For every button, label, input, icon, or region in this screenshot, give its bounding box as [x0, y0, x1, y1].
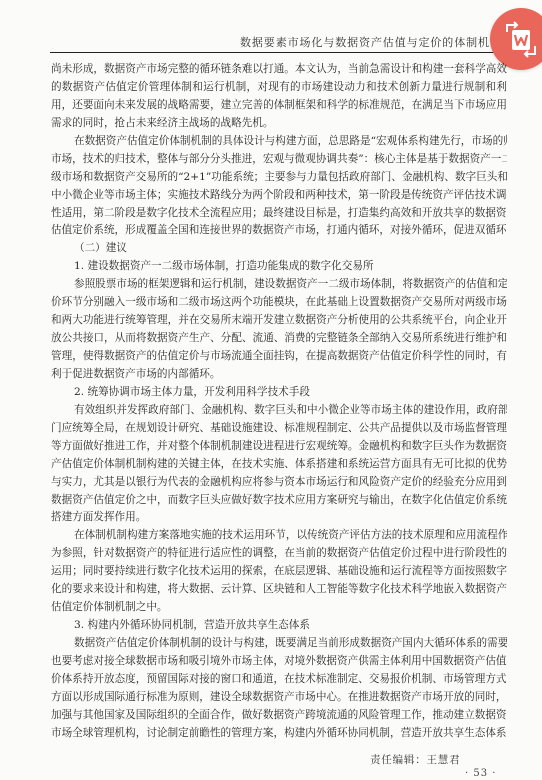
responsible-editor: 责任编辑：王慧君 — [370, 752, 460, 767]
paragraph-line: 用，还要面向未来发展的战略需要，建立完善的体制框架和科学的标准规范，在满足当下市… — [51, 97, 507, 115]
paragraph-line: 利于促进数据资产市场的内部循环。 — [51, 366, 507, 384]
paragraph-line: 为参照，针对数据资产的特征进行适应性的调整，在当前的数据资产估值定价过程中进行阶… — [51, 545, 507, 563]
paragraph-line: 参照股票市场的框架逻辑和运行机制，建设数据资产一二级市场体制，将数据资产的估值和… — [51, 276, 507, 294]
paragraph-line: 级市场和数据资产交易所的“2+1”功能系统；主要参与力量包括政府部门、金融机构、… — [51, 169, 507, 187]
paragraph-line: 也要考虑对接全球数据市场和吸引境外市场主体，对境外数据资产供需主体利用中国数据资… — [51, 653, 507, 671]
paragraph-line: 方面以形成国际通行标准为原则，建设全球数据资产市场中心。在推进数据资产市场开放的… — [51, 689, 507, 707]
paragraph-line: 估值定价体制机制之中。 — [51, 599, 507, 617]
paragraph-line: 门应统筹全局，在规划设计研究、基础设施建设、标准规程制定、公共产品提供以及市场监… — [51, 420, 507, 438]
paragraph-line: 运用；同时要持续进行数字化技术运用的探索，在底层逻辑、基础设施和运行流程等方面按… — [51, 563, 507, 581]
paragraph-line: 尚未形成，数据资产市场完整的循环链条难以打通。本文认为，当前急需设计和构建一套科… — [51, 61, 507, 79]
section-heading-line: 3. 构建内外循环协同机制，营造开放共享生态体系 — [51, 617, 507, 635]
header-rule — [50, 52, 508, 53]
paragraph-line: 市场，技术的归技术，整体与部分分头推进，宏观与微观协调共奏”：核心主体是基于数据… — [51, 151, 507, 169]
paragraph-line: 数据资产估值定价之中，而数字巨头应做好数字技术应用方案研究与输出，在数字化估值定… — [51, 492, 507, 510]
running-header-title: 数据要素市场化与数据资产估值与定价的体制机制 — [240, 34, 488, 50]
paragraph-line: 加强与其他国家及国际组织的全面合作，做好数据资产跨境流通的风险管理工作，推动建立… — [51, 707, 507, 725]
section-heading-line: 1. 建设数据资产一二级市场体制，打造功能集成的数字化交易所 — [51, 258, 507, 276]
page-number: · 53 · — [465, 768, 496, 779]
paragraph-line: 的数据资产估值定价管理体制和运行机制，对现有的市场建设动力和技术创新力量进行规制… — [51, 79, 507, 97]
section-heading-line: 2. 统筹协调市场主体力量，开发利用科学技术手段 — [51, 384, 507, 402]
paragraph-line: 数据资产估值定价体制机制的设计与构建，既要满足当前形成数据资产国内大循环体系的需… — [51, 635, 507, 653]
paragraph-line: 管理，使得数据资产的估值定价与市场流通全面挂钩，在提高数据资产估值定价科学性的同… — [51, 348, 507, 366]
paragraph-line: 估值定价系统，形成覆盖全国和连接世界的数据资产市场，打通内循环，对接外循环，促进… — [51, 222, 507, 240]
paragraph-line: 在数据资产估值定价体制机制的具体设计与构建方面，总思路是“宏观体系构建先行，市场… — [51, 133, 507, 151]
paragraph-line: 需求的同时，抢占未来经济主战场的战略先机。 — [51, 115, 507, 133]
paragraph-line: 产估值定价体制机制构建的关键主体，在技术实施、体系搭建和系统运营方面具有无可比拟… — [51, 456, 507, 474]
paragraph-line: 等方面做好推进工作，并对整个体制机制建设进程进行宏观统筹。金融机构和数字巨头作为… — [51, 438, 507, 456]
section-heading-line: （二）建议 — [51, 240, 507, 258]
paragraph-line: 与实力，尤其是以银行为代表的金融机构应将参与资本市场运行和风险资产定价的经验充分… — [51, 474, 507, 492]
paragraph-line: 市场全球管理机构，讨论制定前瞻性的管理方案，构建内外循环协同机制，营造开放共享生… — [51, 725, 507, 743]
paragraph-line: 和两大功能进行统筹管理，并在交易所末端开发建立数据资产分析使用的公共系统平台，向… — [51, 312, 507, 330]
paragraph-line: 在体制机制构建方案落地实施的技术运用环节，以传统资产评估方法的技术原理和应用流程… — [51, 527, 507, 545]
paragraph-line: 价环节分别融入一级市场和二级市场这两个功能模块，在此基础上设置数据资产交易所对两… — [51, 294, 507, 312]
paragraph-line: 搭建方面发挥作用。 — [51, 509, 507, 527]
paragraph-line: 有效组织并发挥政府部门、金融机构、数字巨头和中小微企业等市场主体的建设作用，政府… — [51, 402, 507, 420]
paragraph-line: 性适用，第二阶段是数字化技术全流程应用；最终建设目标是，打造集约高效和开放共享的… — [51, 205, 507, 223]
paragraph-line: 化的要求来设计和构建，将大数据、云计算、区块链和人工智能等数字化技术科学地嵌入数… — [51, 581, 507, 599]
paragraph-line: 价体系持开放态度，预留国际对接的窗口和通道，在技术标准制定、交易报价机制、市场管… — [51, 671, 507, 689]
wps-convert-icon — [501, 20, 541, 60]
paragraph-line: 放公共接口，从而将数据资产生产、分配、流通、消费的完整链条全部纳入交易所系统进行… — [51, 330, 507, 348]
article-body: 尚未形成，数据资产市场完整的循环链条难以打通。本文认为，当前急需设计和构建一套科… — [51, 61, 507, 743]
paragraph-line: 中小微企业等市场主体；实施技术路线分为两个阶段和两种技术，第一阶段是传统资产评估… — [51, 187, 507, 205]
